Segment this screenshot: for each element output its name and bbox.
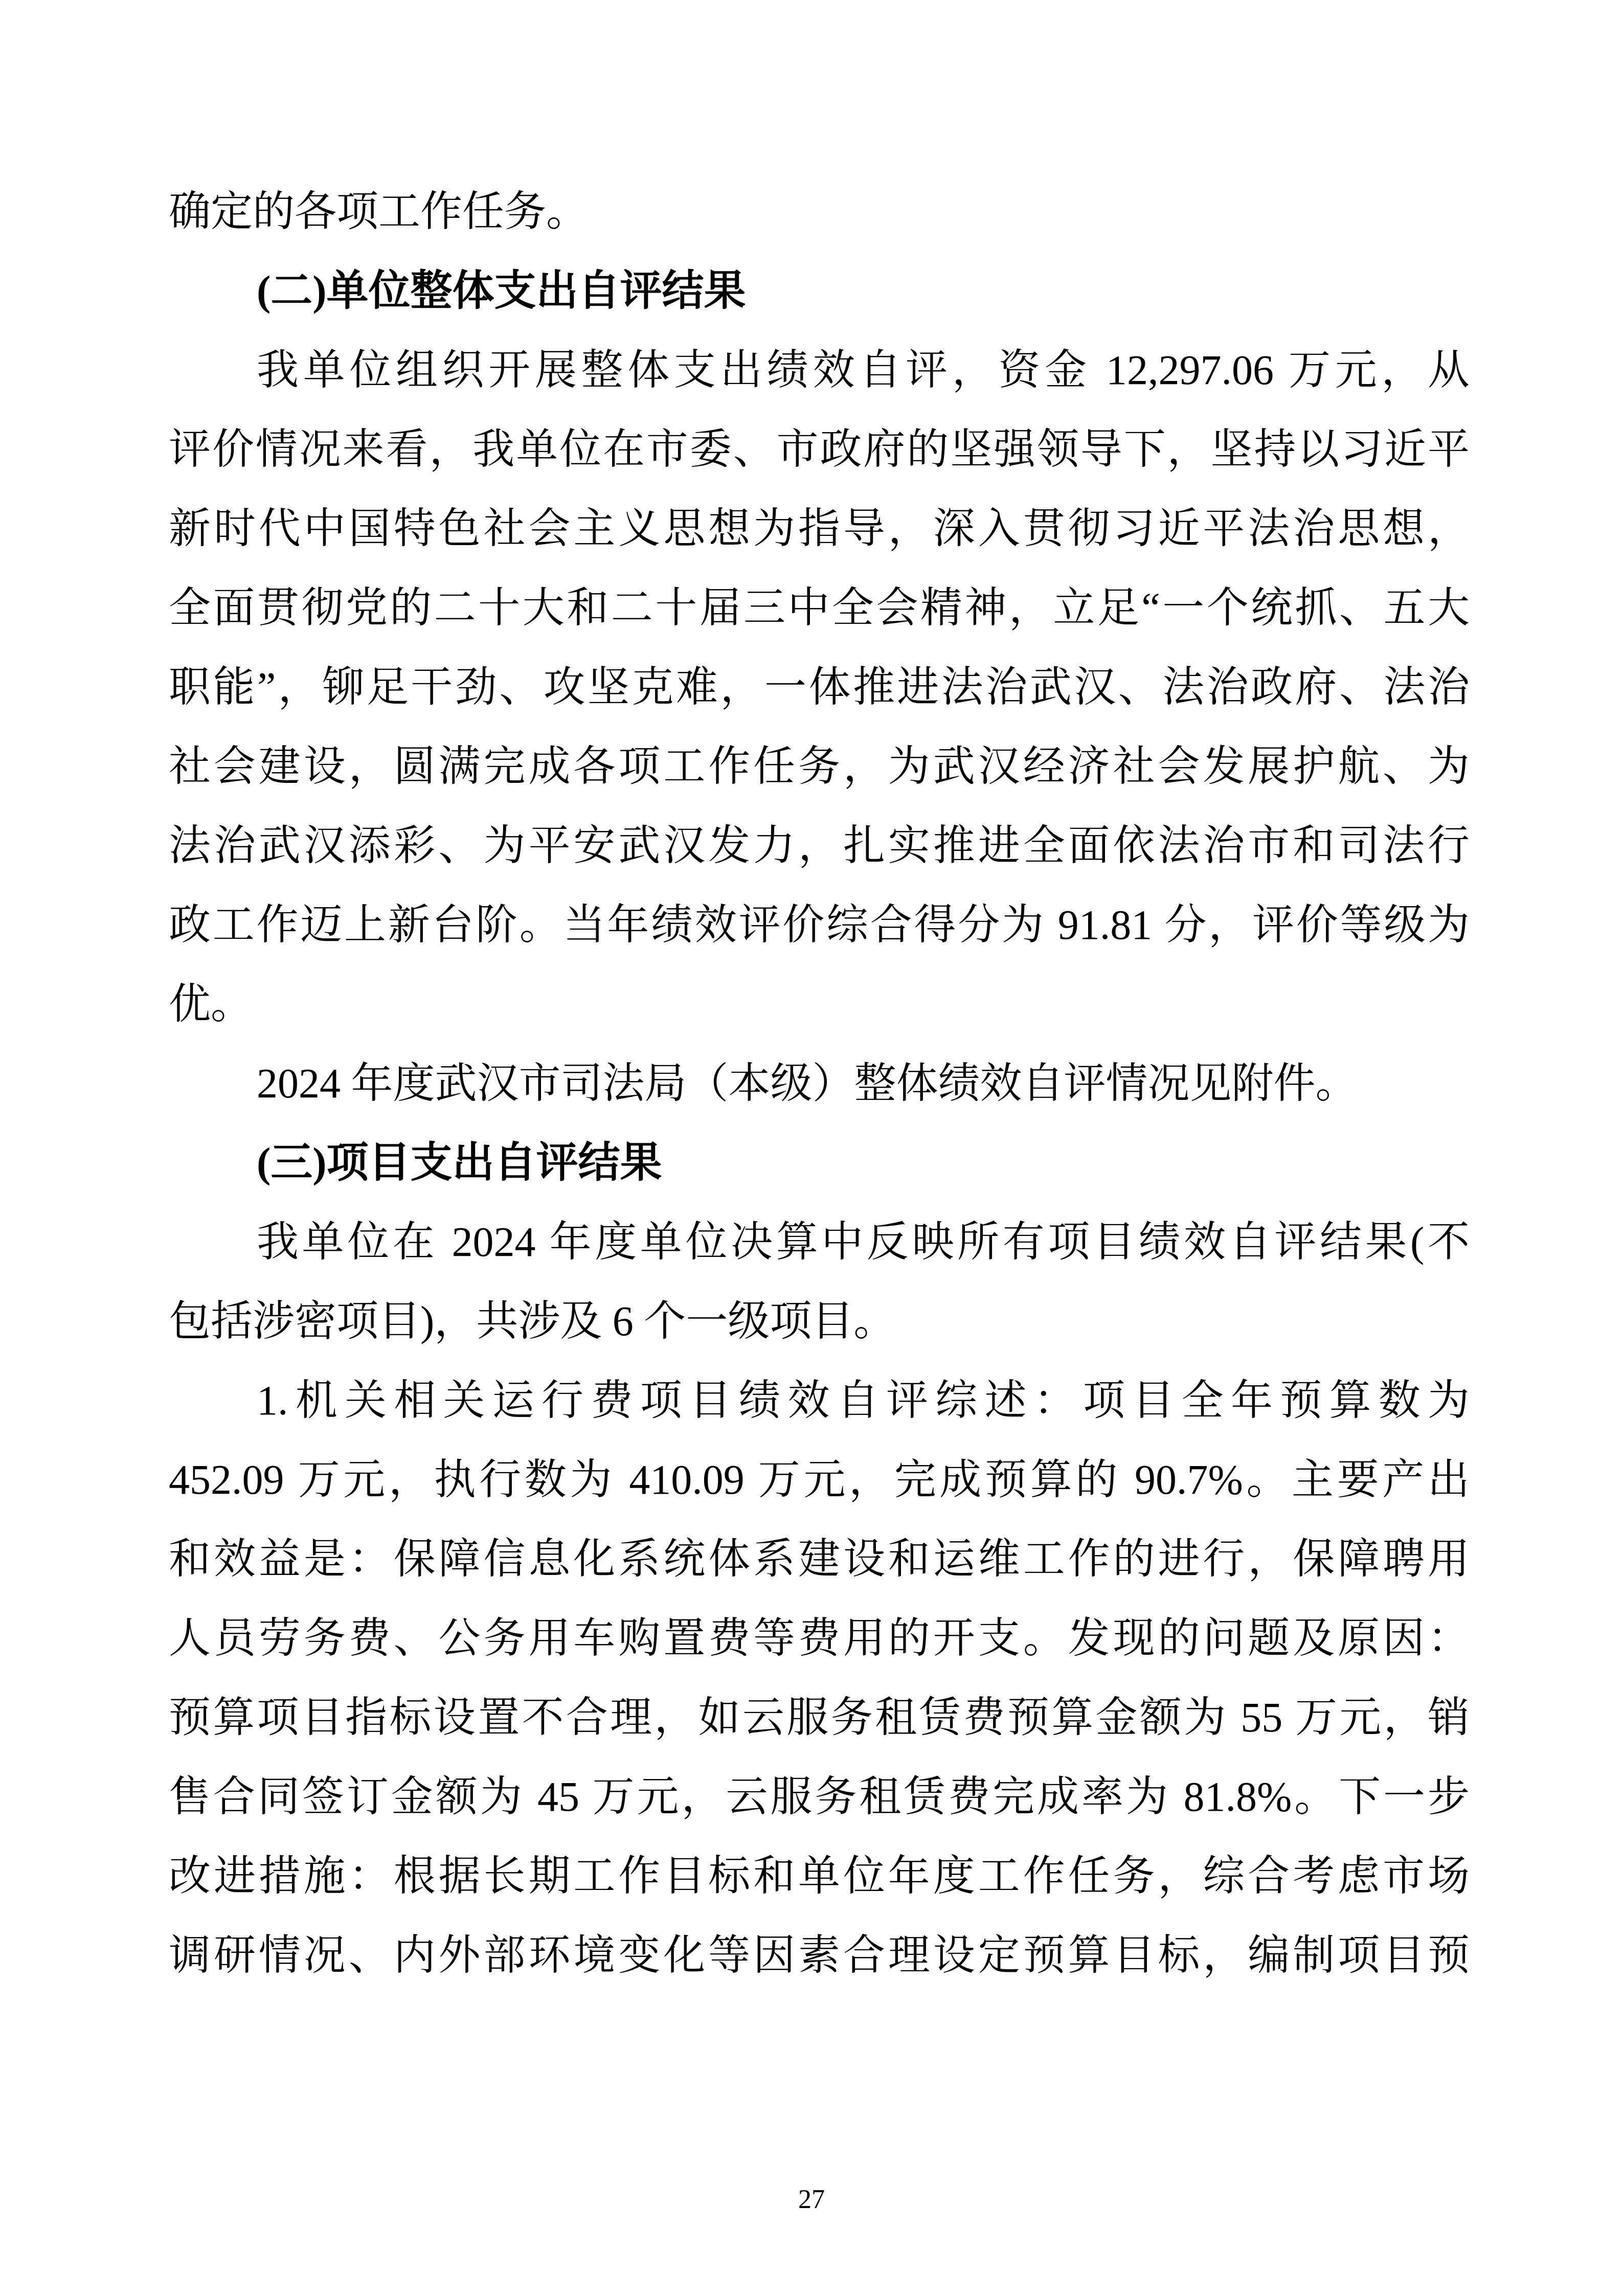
text-line: 政工作迈上新台阶。当年绩效评价综合得分为 91.81 分，评价等级为 [169,885,1470,964]
text-line: 调研情况、内外部环境变化等因素合理设定预算目标，编制项目预 [169,1916,1470,1995]
text-line: 全面贯彻党的二十大和二十届三中全会精神，立足“一个统抓、五大 [169,568,1470,647]
section-heading-line: (三)项目支出自评结果 [169,1123,1470,1202]
body-text: 确定的各项工作任务。(二)单位整体支出自评结果我单位组织开展整体支出绩效自评，资… [169,172,1470,1995]
document-page: 确定的各项工作任务。(二)单位整体支出自评结果我单位组织开展整体支出绩效自评，资… [0,0,1623,2296]
text-line: 优。 [169,964,1470,1044]
text-line: 和效益是：保障信息化系统体系建设和运维工作的进行，保障聘用 [169,1519,1470,1599]
text-line: 新时代中国特色社会主义思想为指导，深入贯彻习近平法治思想， [169,489,1470,568]
text-line: 评价情况来看，我单位在市委、市政府的坚强领导下，坚持以习近平 [169,410,1470,489]
text-line: 改进措施：根据长期工作目标和单位年度工作任务，综合考虑市场 [169,1836,1470,1916]
text-line: 预算项目指标设置不合理，如云服务租赁费预算金额为 55 万元，销 [169,1678,1470,1757]
text-line: 人员劳务费、公务用车购置费等费用的开支。发现的问题及原因： [169,1599,1470,1678]
text-line: 包括涉密项目)，共涉及 6 个一级项目。 [169,1281,1470,1361]
text-line: 452.09 万元，执行数为 410.09 万元，完成预算的 90.7%。主要产… [169,1440,1470,1519]
text-line: 2024 年度武汉市司法局（本级）整体绩效自评情况见附件。 [169,1044,1470,1123]
text-line: 社会建设，圆满完成各项工作任务，为武汉经济社会发展护航、为 [169,727,1470,806]
text-line: 售合同签订金额为 45 万元，云服务租赁费完成率为 81.8%。下一步 [169,1757,1470,1836]
text-line: 1.机关相关运行费项目绩效自评综述：项目全年预算数为 [169,1361,1470,1440]
text-line: 我单位组织开展整体支出绩效自评，资金 12,297.06 万元，从 [169,330,1470,410]
section-heading-line: (二)单位整体支出自评结果 [169,251,1470,330]
page-number: 27 [0,2185,1623,2215]
text-line: 法治武汉添彩、为平安武汉发力，扎实推进全面依法治市和司法行 [169,806,1470,885]
text-line: 职能”，铆足干劲、攻坚克难，一体推进法治武汉、法治政府、法治 [169,647,1470,727]
text-line: 确定的各项工作任务。 [169,172,1470,251]
text-line: 我单位在 2024 年度单位决算中反映所有项目绩效自评结果(不 [169,1202,1470,1281]
